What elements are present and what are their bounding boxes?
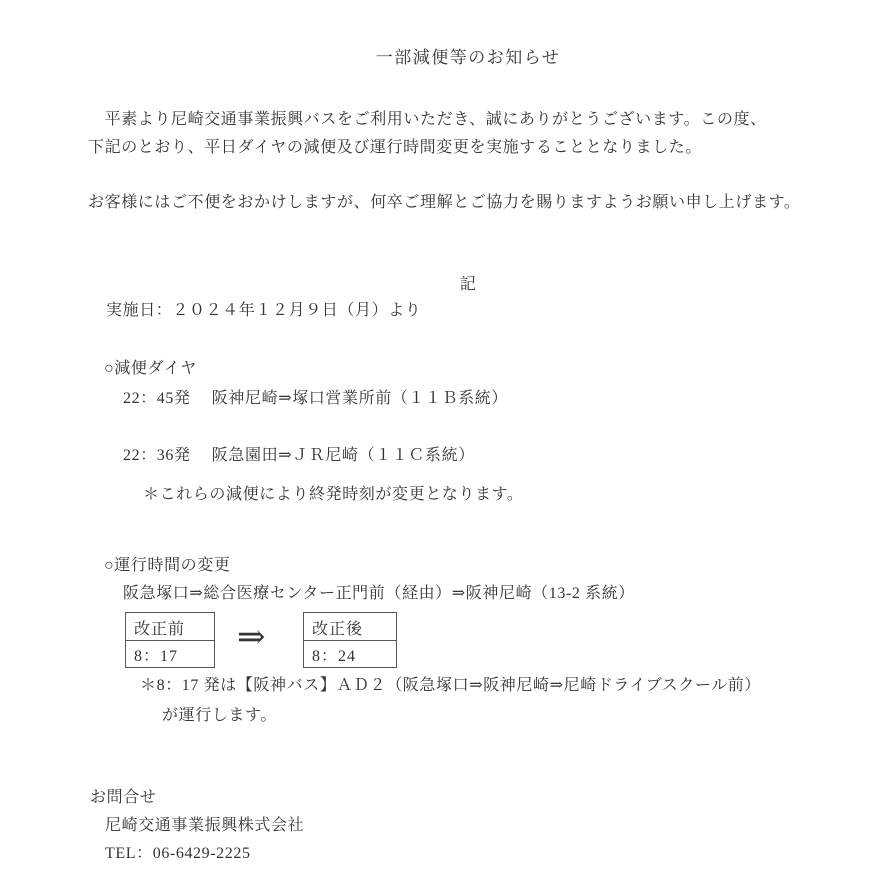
- reduction-section-heading: ○減便ダイヤ: [104, 359, 197, 378]
- apology-paragraph: お客様にはご不便をおかけしますが、何卒ご理解とご協力を賜りますようお願い申し上げ…: [88, 193, 801, 212]
- after-revision-box: 改正後 8：24: [303, 612, 397, 668]
- intro-paragraph-line1: 平素より尼崎交通事業振興バスをご利用いただき、誠にありがとうございます。この度、: [88, 110, 767, 129]
- after-revision-label: 改正後: [304, 613, 396, 641]
- reduction-item-2: 22：36発 阪急園田⇒ＪＲ尼崎（１１Ｃ系統）: [123, 446, 475, 465]
- contact-tel: TEL：06-6429-2225: [105, 844, 251, 863]
- intro-paragraph-line2: 下記のとおり、平日ダイヤの減便及び運行時間変更を実施することとなりました。: [88, 138, 702, 157]
- record-mark: 記: [88, 275, 848, 294]
- time-change-note-line1: ＊8：17 発は【阪神バス】ＡＤ２（阪急塚口⇒阪神尼崎⇒尼崎ドライブスクール前）: [140, 676, 761, 695]
- after-revision-time: 8：24: [304, 641, 396, 667]
- time-change-route: 阪急塚口⇒総合医療センター正門前（経由）⇒阪神尼崎（13-2 系統）: [123, 584, 635, 603]
- notice-document: 一部減便等のお知らせ 平素より尼崎交通事業振興バスをご利用いただき、誠にありがと…: [0, 0, 889, 874]
- time-change-note-line2: が運行します。: [162, 706, 277, 725]
- before-revision-time: 8：17: [126, 641, 214, 667]
- change-arrow-icon: ⇒: [237, 617, 266, 657]
- reduction-note: ＊これらの減便により終発時刻が変更となります。: [143, 485, 524, 504]
- before-revision-label: 改正前: [126, 613, 214, 641]
- page-title: 一部減便等のお知らせ: [88, 48, 848, 68]
- effective-date: 実施日：２０２４年１２月９日（月）より: [106, 301, 421, 320]
- contact-heading: お問合せ: [90, 788, 156, 807]
- reduction-item-1: 22：45発 阪神尼崎⇒塚口営業所前（１１Ｂ系統）: [123, 389, 508, 408]
- time-change-section-heading: ○運行時間の変更: [104, 556, 230, 575]
- contact-company: 尼崎交通事業振興株式会社: [105, 816, 304, 835]
- before-revision-box: 改正前 8：17: [125, 612, 215, 668]
